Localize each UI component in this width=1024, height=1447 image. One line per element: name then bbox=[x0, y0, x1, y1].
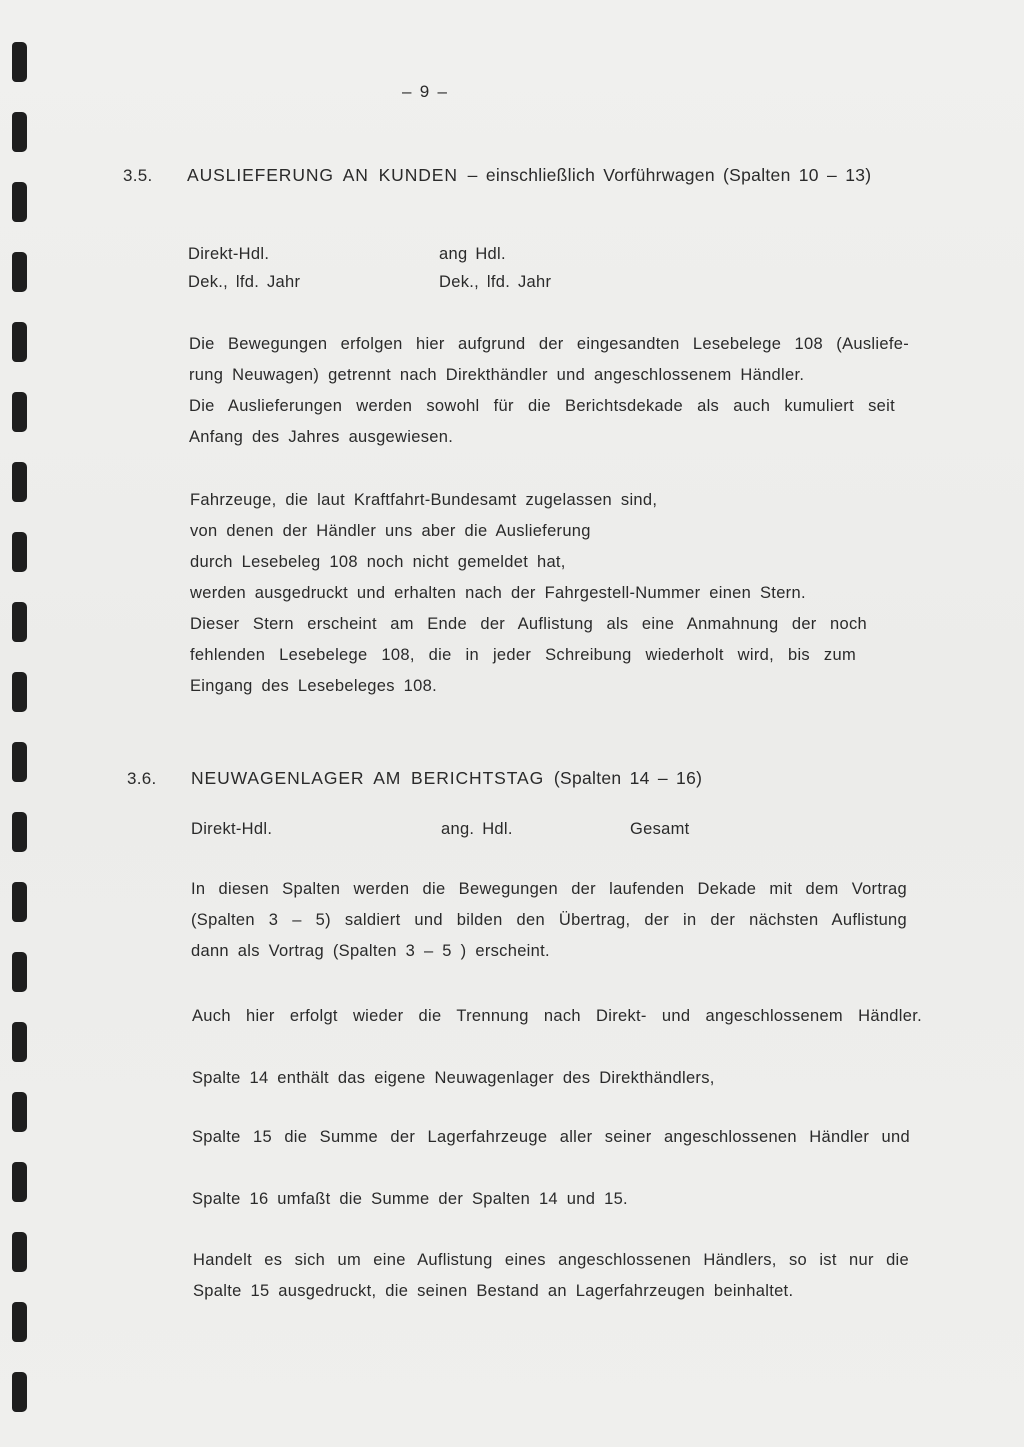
paragraph: Handelt es sich um eine Auflistung eines… bbox=[193, 1245, 909, 1307]
section-title-rest: – einschließlich Vorführwagen (Spalten 1… bbox=[468, 165, 872, 185]
column-sublabel: Dek., lfd. Jahr bbox=[439, 273, 551, 292]
paragraph-line: Eingang des Lesebeleges 108. bbox=[190, 671, 870, 702]
section-number: 3.5. bbox=[123, 166, 153, 186]
column-sublabel: Dek., lfd. Jahr bbox=[188, 273, 300, 292]
binding-hole bbox=[12, 1022, 27, 1062]
column-label: ang. Hdl. bbox=[441, 820, 513, 839]
paragraph: Spalte 15 die Summe der Lagerfahrzeuge a… bbox=[192, 1122, 910, 1153]
binding-hole bbox=[12, 252, 27, 292]
binding-holes bbox=[12, 0, 32, 1447]
column-label: ang Hdl. bbox=[439, 245, 506, 264]
binding-hole bbox=[12, 1092, 27, 1132]
paragraph-line: Anfang des Jahres ausgewiesen. bbox=[189, 422, 909, 453]
column-label: Gesamt bbox=[630, 820, 690, 839]
paragraph-line: Spalte 16 umfaßt die Summe der Spalten 1… bbox=[192, 1184, 912, 1215]
paragraph: Fahrzeuge, die laut Kraftfahrt-Bundesamt… bbox=[190, 485, 870, 702]
paragraph-line: Handelt es sich um eine Auflistung eines… bbox=[193, 1245, 909, 1276]
paragraph: Spalte 16 umfaßt die Summe der Spalten 1… bbox=[192, 1184, 912, 1215]
column-label: Direkt-Hdl. bbox=[191, 820, 272, 839]
binding-hole bbox=[12, 42, 27, 82]
paragraph-line: Fahrzeuge, die laut Kraftfahrt-Bundesamt… bbox=[190, 485, 870, 516]
paragraph-line: In diesen Spalten werden die Bewegungen … bbox=[191, 874, 907, 905]
paragraph-line: Dieser Stern erscheint am Ende der Aufli… bbox=[190, 609, 867, 640]
binding-hole bbox=[12, 112, 27, 152]
paragraph-line: durch Lesebeleg 108 noch nicht gemeldet … bbox=[190, 547, 870, 578]
paragraph-line: Spalte 14 enthält das eigene Neuwagenlag… bbox=[192, 1063, 912, 1094]
page-number: – 9 – bbox=[402, 82, 447, 102]
binding-hole bbox=[12, 812, 27, 852]
binding-hole bbox=[12, 1302, 27, 1342]
section-number: 3.6. bbox=[127, 769, 157, 789]
section-title-caps: AUSLIEFERUNG AN KUNDEN bbox=[187, 165, 458, 185]
binding-hole bbox=[12, 952, 27, 992]
paragraph-line: werden ausgedruckt und erhalten nach der… bbox=[190, 578, 870, 609]
binding-hole bbox=[12, 1232, 27, 1272]
paragraph-line: (Spalten 3 – 5) saldiert und bilden den … bbox=[191, 905, 907, 936]
binding-hole bbox=[12, 532, 27, 572]
paragraph-line: dann als Vortrag (Spalten 3 – 5 ) ersche… bbox=[191, 936, 907, 967]
paragraph: Die Bewegungen erfolgen hier aufgrund de… bbox=[189, 329, 909, 453]
paragraph-line: Spalte 15 die Summe der Lagerfahrzeuge a… bbox=[192, 1122, 910, 1153]
binding-hole bbox=[12, 1162, 27, 1202]
binding-hole bbox=[12, 462, 27, 502]
binding-hole bbox=[12, 1372, 27, 1412]
column-label: Direkt-Hdl. bbox=[188, 245, 269, 264]
binding-hole bbox=[12, 742, 27, 782]
binding-hole bbox=[12, 322, 27, 362]
binding-hole bbox=[12, 182, 27, 222]
section-title-rest: (Spalten 14 – 16) bbox=[554, 768, 702, 788]
paragraph: Auch hier erfolgt wieder die Trennung na… bbox=[192, 1001, 922, 1032]
paragraph-line: rung Neuwagen) getrennt nach Direkthändl… bbox=[189, 360, 909, 391]
paragraph-line: von denen der Händler uns aber die Ausli… bbox=[190, 516, 870, 547]
paragraph: Spalte 14 enthält das eigene Neuwagenlag… bbox=[192, 1063, 912, 1094]
binding-hole bbox=[12, 602, 27, 642]
binding-hole bbox=[12, 882, 27, 922]
section-title: AUSLIEFERUNG AN KUNDEN – einschließlich … bbox=[187, 165, 871, 186]
section-title: NEUWAGENLAGER AM BERICHTSTAG (Spalten 14… bbox=[191, 768, 702, 789]
binding-hole bbox=[12, 392, 27, 432]
paragraph-line: Die Bewegungen erfolgen hier aufgrund de… bbox=[189, 329, 909, 360]
paragraph-line: Auch hier erfolgt wieder die Trennung na… bbox=[192, 1001, 922, 1032]
document-page: – 9 – 3.5. AUSLIEFERUNG AN KUNDEN – eins… bbox=[0, 0, 1024, 1447]
binding-hole bbox=[12, 672, 27, 712]
paragraph: In diesen Spalten werden die Bewegungen … bbox=[191, 874, 907, 967]
paragraph-line: Die Auslieferungen werden sowohl für die… bbox=[189, 391, 895, 422]
paragraph-line: fehlenden Lesebelege 108, die in jeder S… bbox=[190, 640, 856, 671]
section-title-caps: NEUWAGENLAGER AM BERICHTSTAG bbox=[191, 768, 544, 788]
paragraph-line: Spalte 15 ausgedruckt, die seinen Bestan… bbox=[193, 1276, 909, 1307]
